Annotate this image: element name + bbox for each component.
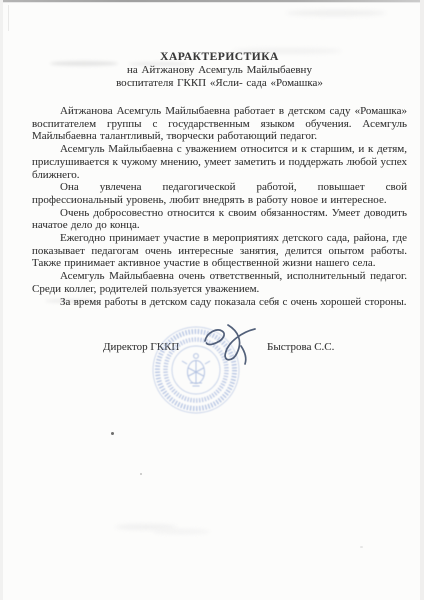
scan-edge-left-line bbox=[8, 5, 9, 31]
paragraph: Айтжанова Асемгуль Майлыбаевна работает … bbox=[32, 105, 407, 143]
scan-smudge bbox=[115, 524, 177, 530]
scan-speck bbox=[111, 432, 114, 435]
document-body: Айтжанова Асемгуль Майлыбаевна работает … bbox=[32, 105, 407, 308]
paragraph: Очень добросовестно относится к своим об… bbox=[32, 207, 407, 232]
signature-icon bbox=[197, 322, 263, 368]
document-title: ХАРАКТЕРИСТИКА bbox=[32, 51, 407, 64]
paragraph: Ежегодно принимает участие в мероприятия… bbox=[32, 232, 407, 270]
scan-edge-right bbox=[420, 0, 424, 600]
scan-smudge bbox=[152, 529, 210, 534]
paragraph: Асемгуль Майлыбаевна очень ответственный… bbox=[32, 270, 407, 295]
scanned-document-page: ХАРАКТЕРИСТИКА на Айтжанову Асемгуль Май… bbox=[0, 0, 424, 600]
scan-edge-top-faint bbox=[0, 2, 424, 3]
signatory-name: Быстрова С.С. bbox=[267, 341, 334, 353]
paragraph: Асемгуль Майлыбаевна с уважением относит… bbox=[32, 143, 407, 181]
paragraph: За время работы в детском саду показала … bbox=[32, 296, 407, 309]
document-content: ХАРАКТЕРИСТИКА на Айтжанову Асемгуль Май… bbox=[32, 51, 407, 308]
paragraph: Она увлечена педагогической работой, пов… bbox=[32, 181, 407, 206]
document-subtitle-line-1: на Айтжанову Асемгуль Майлыбаевну bbox=[32, 64, 407, 77]
document-subtitle-line-2: воспитателя ГККП «Ясли- сада «Ромашка» bbox=[32, 77, 407, 90]
scan-speck bbox=[360, 546, 363, 548]
scan-speck bbox=[140, 473, 142, 475]
scan-edge-left bbox=[0, 0, 3, 600]
scan-smudge bbox=[286, 10, 386, 16]
